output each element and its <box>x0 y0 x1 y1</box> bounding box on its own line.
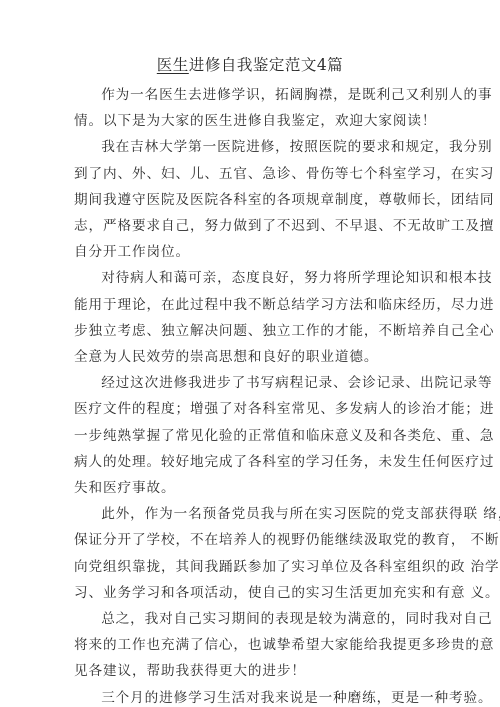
document-body: 作为一名医生去进修学识，拓阔胸襟，是既利己又利别人的事 情。以下是为大家的医生进… <box>74 82 426 707</box>
paragraph-departments: 我在吉林大学第一医院进修，按照医院的要求和规定，我分别 到了内、外、妇、儿、五官… <box>74 134 426 265</box>
text-line: 习、业务学习和各项活动，使自己的实习生活更加充实和有意 义。 <box>47 580 426 606</box>
text-line: 向党组织靠拢，其间我踊跃参加了实习单位及各科室组织的政 治学 <box>47 554 426 580</box>
text-line: 见各建议，帮助我获得更大的进步！ <box>47 658 426 684</box>
text-line: 一步纯熟掌握了常见化验的正常值和临床意义及和各类危、重、急 <box>47 423 426 449</box>
paragraph-closing: 三个月的进修学习生活对我来说是一种磨练，更是一种考验。 <box>74 685 426 707</box>
text-line: 能用于理论，在此过程中我不断总结学习方法和临床经历，尽力进 <box>47 292 426 318</box>
text-line: 情。以下是为大家的医生进修自我鉴定，欢迎大家阅读！ <box>47 108 426 134</box>
text-line: 我在吉林大学第一医院进修，按照医院的要求和规定，我分别 <box>74 134 426 160</box>
text-line: 经过这次进修我进步了书写病程记录、会诊记录、出院记录等 <box>74 370 426 396</box>
document-page: 医生进修自我鉴定范文4篇 作为一名医生去进修学识，拓阔胸襟，是既利己又利别人的事… <box>0 0 500 707</box>
text-line: 全意为人民效劳的崇高思想和良好的职业道德。 <box>47 344 426 370</box>
text-line: 自分开工作岗位。 <box>47 239 426 265</box>
text-line: 将来的工作也充满了信心，也诚挚希望大家能给我提更多珍贵的意 <box>47 632 426 658</box>
document-title: 医生进修自我鉴定范文4篇 <box>0 55 500 75</box>
text-line: 三个月的进修学习生活对我来说是一种磨练，更是一种考验。 <box>74 685 426 707</box>
text-line: 志，严格要求自己，努力做到了不迟到、不早退、不无故旷工及擅 <box>47 213 426 239</box>
text-line: 步独立考虑、独立解决问题、独立工作的才能，不断培养自己全心 <box>47 318 426 344</box>
text-line: 期间我遵守医院及医院各科室的各项规章制度，尊敬师长，团结同 <box>47 187 426 213</box>
paragraph-progress: 经过这次进修我进步了书写病程记录、会诊记录、出院记录等 医疗文件的程度；增强了对… <box>74 370 426 501</box>
title-text: 进修自我鉴定范文4篇 <box>189 56 343 74</box>
paragraph-intro: 作为一名医生去进修学识，拓阔胸襟，是既利己又利别人的事 情。以下是为大家的医生进… <box>74 82 426 134</box>
title-link[interactable]: 医生 <box>157 56 189 74</box>
text-line: 保证分开了学校，不在培养人的视野仍能继续汲取党的教育， 不断 <box>47 527 426 553</box>
text-line: 病人的处理。较好地完成了各科室的学习任务，未发生任何医疗过 <box>47 449 426 475</box>
text-line: 医疗文件的程度；增强了对各科室常见、多发病人的诊治才能；进 <box>47 396 426 422</box>
text-line: 对待病人和蔼可亲，态度良好，努力将所学理论知识和根本技 <box>74 265 426 291</box>
text-line: 此外，作为一名预备党员我与所在实习医院的党支部获得联 络， <box>74 501 426 527</box>
text-line: 到了内、外、妇、儿、五官、急诊、骨伤等七个科室学习，在实习 <box>47 161 426 187</box>
paragraph-party: 此外，作为一名预备党员我与所在实习医院的党支部获得联 络， 保证分开了学校，不在… <box>74 501 426 606</box>
text-line: 总之，我对自己实习期间的表现是较为满意的，同时我对自己 <box>74 606 426 632</box>
paragraph-summary: 总之，我对自己实习期间的表现是较为满意的，同时我对自己 将来的工作也充满了信心，… <box>74 606 426 685</box>
paragraph-attitude: 对待病人和蔼可亲，态度良好，努力将所学理论知识和根本技 能用于理论，在此过程中我… <box>74 265 426 370</box>
text-line: 失和医疗事故。 <box>47 475 426 501</box>
text-line: 作为一名医生去进修学识，拓阔胸襟，是既利己又利别人的事 <box>74 82 426 108</box>
